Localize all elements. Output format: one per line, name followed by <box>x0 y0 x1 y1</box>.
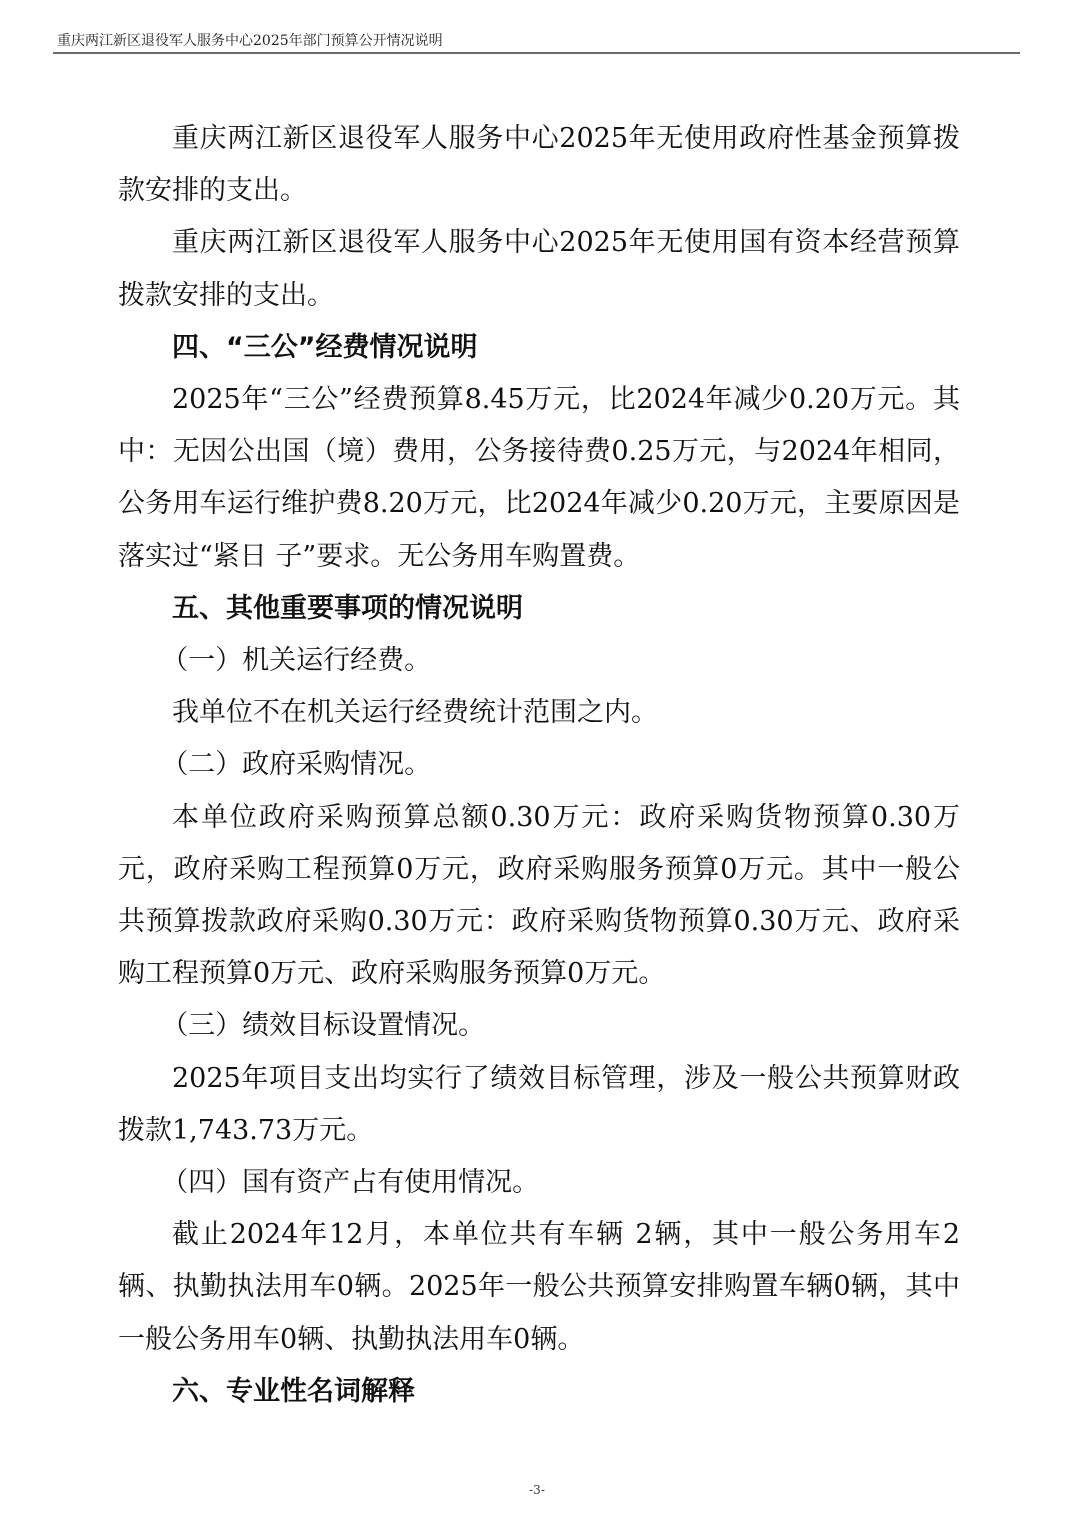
section-heading-other-matters: 五、其他重要事项的情况说明 <box>118 583 960 635</box>
paragraph-operating-funds: 我单位不在机关运行经费统计范围之内。 <box>118 687 960 739</box>
subheading-operating-funds: （一）机关运行经费。 <box>118 635 960 687</box>
paragraph-state-capital: 重庆两江新区退役军人服务中心2025年无使用国有资本经营预算拨款安排的支出。 <box>118 217 960 321</box>
running-header: 重庆两江新区退役军人服务中心2025年部门预算公开情况说明 <box>57 30 443 50</box>
document-body: 重庆两江新区退役军人服务中心2025年无使用政府性基金预算拨款安排的支出。 重庆… <box>118 113 960 1418</box>
section-heading-terminology: 六、专业性名词解释 <box>118 1366 960 1418</box>
page-number: -3- <box>0 1483 1074 1497</box>
subheading-procurement: （二）政府采购情况。 <box>118 739 960 791</box>
document-page: 重庆两江新区退役军人服务中心2025年部门预算公开情况说明 重庆两江新区退役军人… <box>0 0 1074 1520</box>
paragraph-gov-fund: 重庆两江新区退役军人服务中心2025年无使用政府性基金预算拨款安排的支出。 <box>118 113 960 217</box>
subheading-assets: （四）国有资产占有使用情况。 <box>118 1157 960 1209</box>
header-divider <box>53 52 1020 54</box>
section-heading-three-public: 四、“三公”经费情况说明 <box>118 322 960 374</box>
paragraph-performance: 2025年项目支出均实行了绩效目标管理，涉及一般公共预算财政拨款1,743.73… <box>118 1053 960 1157</box>
subheading-performance: （三）绩效目标设置情况。 <box>118 1000 960 1052</box>
paragraph-assets: 截止2024年12月，本单位共有车辆 2辆，其中一般公务用车2辆、执勤执法用车0… <box>118 1209 960 1366</box>
paragraph-three-public: 2025年“三公”经费预算8.45万元，比2024年减少0.20万元。其中：无因… <box>118 374 960 583</box>
paragraph-procurement: 本单位政府采购预算总额0.30万元：政府采购货物预算0.30万元，政府采购工程预… <box>118 792 960 1001</box>
